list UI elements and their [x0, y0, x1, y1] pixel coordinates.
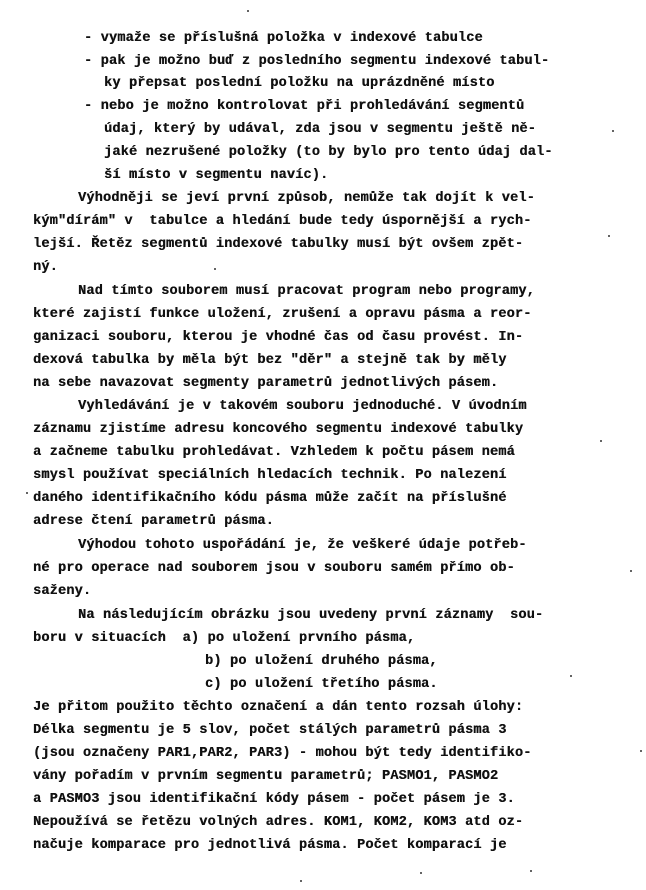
text-line: které zajistí funkce uložení, zrušení a … — [33, 306, 531, 324]
typewritten-page: - vymaže se příslušná položka v indexové… — [0, 0, 646, 890]
text-line: na sebe navazovat segmenty parametrů jed… — [33, 375, 498, 393]
text-line: záznamu zjistíme adresu koncového segmen… — [33, 421, 523, 439]
text-line: - nebo je možno kontrolovat při prohledá… — [84, 98, 524, 116]
text-line: Nepoužívá se řetězu volných adres. KOM1,… — [33, 814, 523, 832]
text-line: Vyhledávání je v takovém souboru jednodu… — [78, 398, 527, 416]
text-line: a PASMO3 jsou identifikační kódy pásem -… — [33, 791, 515, 809]
text-line: daného identifikačního kódu pásma může z… — [33, 490, 507, 508]
scan-noise-speck — [420, 872, 422, 874]
scan-noise-speck — [300, 880, 302, 882]
text-line: né pro operace nad souborem jsou v soubo… — [33, 560, 515, 578]
text-line: kým"dírám" v tabulce a hledání bude tedy… — [33, 213, 531, 231]
text-line: boru v situacích a) po uložení prvního p… — [33, 630, 415, 648]
scan-noise-speck — [640, 750, 642, 752]
text-line: Nad tímto souborem musí pracovat program… — [78, 283, 535, 301]
text-line: vány pořadím v prvním segmentu parametrů… — [33, 768, 498, 786]
text-line: Délka segmentu je 5 slov, počet stálých … — [33, 722, 507, 740]
text-line: - pak je možno buď z posledního segmentu… — [84, 53, 549, 71]
text-line: - vymaže se příslušná položka v indexové… — [84, 30, 483, 48]
scan-noise-speck — [214, 268, 216, 270]
text-line: a začneme tabulku prohledávat. Vzhledem … — [33, 444, 515, 462]
text-line: Výhodou tohoto uspořádání je, že veškeré… — [78, 537, 527, 555]
scan-noise-speck — [600, 440, 602, 442]
text-line: b) po uložení druhého pásma, — [205, 653, 438, 671]
text-line: c) po uložení třetího pásma. — [205, 676, 438, 694]
text-line: Na následujícím obrázku jsou uvedeny prv… — [78, 607, 543, 625]
text-line: ný. — [33, 259, 58, 277]
text-line: adrese čtení parametrů pásma. — [33, 513, 274, 531]
text-line: načuje komparace pro jednotlivá pásma. P… — [33, 837, 507, 855]
text-line: dexová tabulka by měla být bez "děr" a s… — [33, 352, 507, 370]
scan-noise-speck — [630, 570, 632, 572]
text-line: ganizaci souboru, kterou je vhodné čas o… — [33, 329, 523, 347]
text-line: saženy. — [33, 583, 91, 601]
text-line: ky přepsat poslední položku na uprázdněn… — [104, 75, 494, 93]
text-line: (jsou označeny PAR1,PAR2, PAR3) - mohou … — [33, 745, 531, 763]
scan-noise-speck — [26, 492, 28, 494]
scan-noise-speck — [612, 130, 614, 132]
text-line: Je přitom použito těchto označení a dán … — [33, 699, 523, 717]
scan-noise-speck — [570, 675, 572, 677]
text-line: jaké nezrušené položky (to by bylo pro t… — [104, 144, 553, 162]
scan-noise-speck — [530, 870, 532, 872]
text-line: Výhodněji se jeví první způsob, nemůže t… — [78, 190, 535, 208]
text-line: údaj, který by udával, zda jsou v segmen… — [104, 121, 536, 139]
scan-noise-speck — [300, 640, 302, 642]
scan-noise-speck — [608, 235, 610, 237]
text-line: lejší. Řetěz segmentů indexové tabulky m… — [33, 236, 523, 254]
text-line: ší místo v segmentu navíc). — [104, 167, 328, 185]
scan-noise-speck — [247, 10, 249, 12]
text-line: smysl používat speciálních hledacích tec… — [33, 467, 507, 485]
scan-noise-speck — [160, 635, 162, 637]
